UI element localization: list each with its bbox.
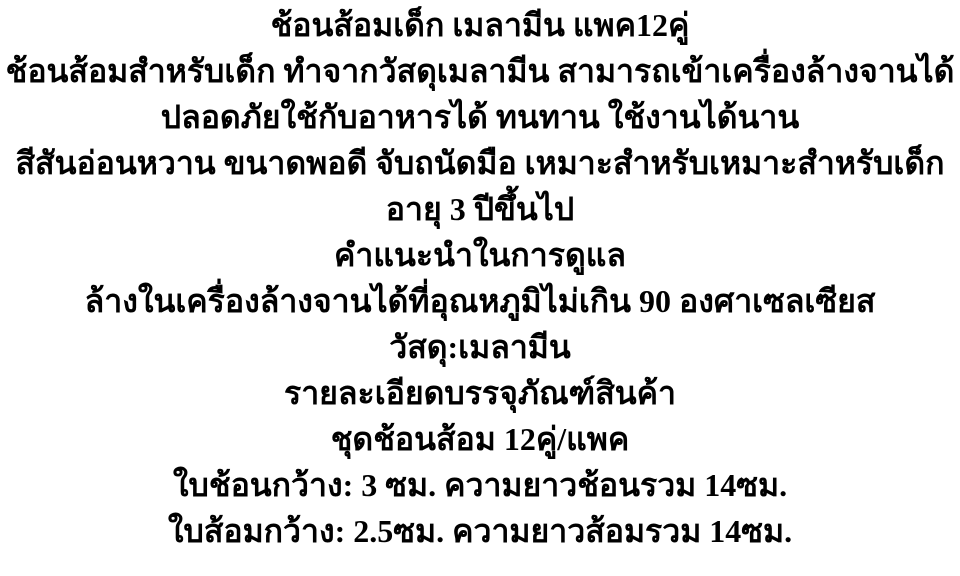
care-instructions-line: ล้างในเครื่องล้างจานได้ที่อุณหภูมิไม่เกิ… xyxy=(0,278,960,324)
product-title-line: ช้อนส้อมเด็ก เมลามีน แพค12คู่ xyxy=(0,2,960,48)
description-line: สีสันอ่อนหวาน ขนาดพอดี จับถนัดมือ เหมาะส… xyxy=(0,140,960,186)
product-description-image: ช้อนส้อมเด็ก เมลามีน แพค12คู่ ช้อนส้อมสำ… xyxy=(0,0,960,576)
description-line: อายุ 3 ปีขึ้นไป xyxy=(0,186,960,232)
description-line: ปลอดภัยใช้กับอาหารได้ ทนทาน ใช้งานได้นาน xyxy=(0,94,960,140)
care-instructions-heading: คำแนะนำในการดูแล xyxy=(0,232,960,278)
spoon-dimensions-line: ใบช้อนกว้าง: 3 ซม. ความยาวช้อนรวม 14ซม. xyxy=(0,462,960,508)
fork-dimensions-line: ใบส้อมกว้าง: 2.5ซม. ความยาวส้อมรวม 14ซม. xyxy=(0,508,960,554)
description-line: ช้อนส้อมสำหรับเด็ก ทำจากวัสดุเมลามีน สาม… xyxy=(0,48,960,94)
packaging-quantity-line: ชุดช้อนส้อม 12คู่/แพค xyxy=(0,416,960,462)
material-line: วัสดุ:เมลามีน xyxy=(0,324,960,370)
packaging-details-heading: รายละเอียดบรรจุภัณฑ์สินค้า xyxy=(0,370,960,416)
